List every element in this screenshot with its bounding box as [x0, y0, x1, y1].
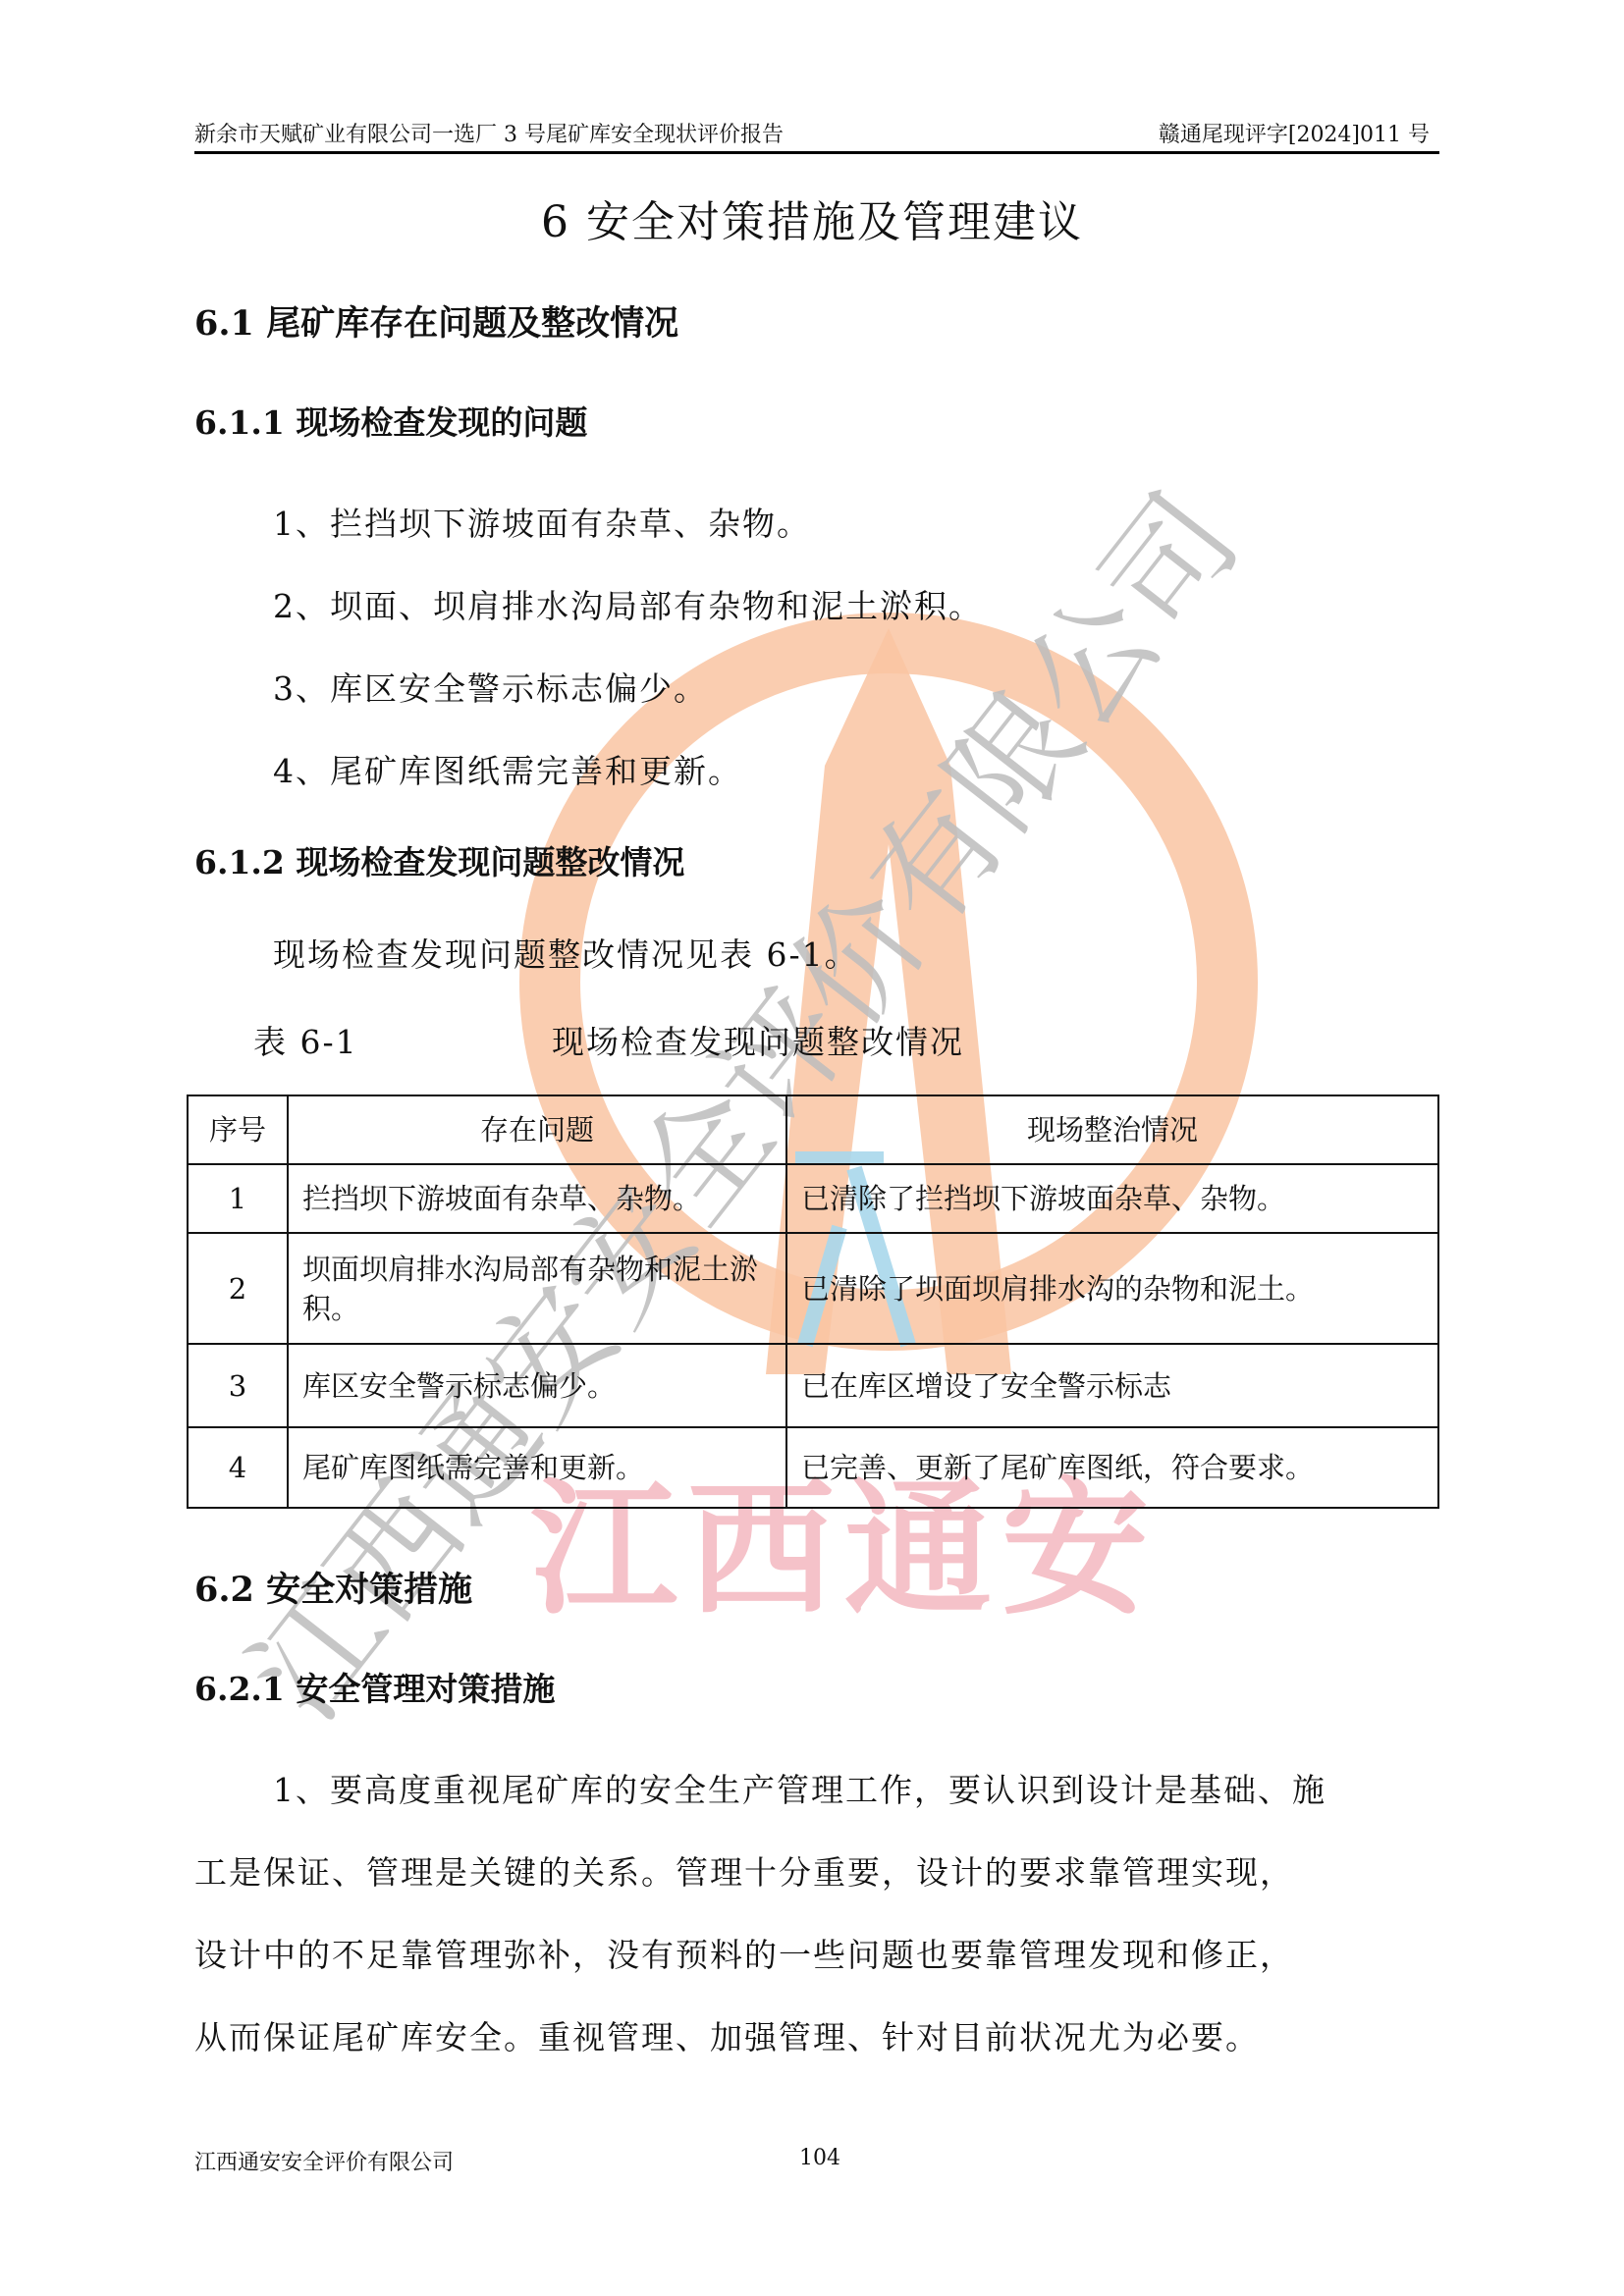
paragraph-line-1: 1、要高度重视尾矿库的安全生产管理工作，要认识到设计是基础、施 — [273, 1765, 1326, 1811]
cell-index: 2 — [188, 1233, 288, 1344]
table-header-row: 序号 存在问题 现场整治情况 — [188, 1095, 1438, 1164]
cell-issue: 库区安全警示标志偏少。 — [288, 1344, 786, 1427]
cell-status: 已清除了拦挡坝下游坡面杂草、杂物。 — [786, 1164, 1438, 1233]
table-title: 现场检查发现问题整改情况 — [552, 1017, 964, 1063]
cell-index: 4 — [188, 1427, 288, 1508]
document-page: 江西通安 江西通安安全评价有限公司 新余市天赋矿业有限公司一选厂 3 号尾矿库安… — [0, 0, 1624, 2296]
section-6-2-1-heading: 6.2.1 安全管理对策措施 — [194, 1664, 555, 1710]
col-header-status: 现场整治情况 — [786, 1095, 1438, 1164]
cell-status: 已在库区增设了安全警示标志 — [786, 1344, 1438, 1427]
report-title: 新余市天赋矿业有限公司一选厂 3 号尾矿库安全现状评价报告 — [194, 118, 784, 148]
cell-index: 1 — [188, 1164, 288, 1233]
cell-issue: 拦挡坝下游坡面有杂草、杂物。 — [288, 1164, 786, 1233]
table-row: 1 拦挡坝下游坡面有杂草、杂物。 已清除了拦挡坝下游坡面杂草、杂物。 — [188, 1164, 1438, 1233]
issue-item-3: 3、库区安全警示标志偏少。 — [273, 664, 708, 710]
section-6-1-heading: 6.1 尾矿库存在问题及整改情况 — [194, 296, 678, 346]
footer-company: 江西通安安全评价有限公司 — [194, 2146, 454, 2176]
section-6-1-2-heading: 6.1.2 现场检查发现问题整改情况 — [194, 837, 684, 883]
page-number: 104 — [799, 2146, 840, 2170]
report-number: 赣通尾现评字[2024]011 号 — [1159, 118, 1430, 148]
chapter-title: 6 安全对策措施及管理建议 — [0, 187, 1624, 249]
issue-item-4: 4、尾矿库图纸需完善和更新。 — [273, 746, 742, 792]
cell-status: 已完善、更新了尾矿库图纸，符合要求。 — [786, 1427, 1438, 1508]
cell-issue: 坝面坝肩排水沟局部有杂物和泥土淤积。 — [288, 1233, 786, 1344]
cell-issue: 尾矿库图纸需完善和更新。 — [288, 1427, 786, 1508]
paragraph-line-2: 工是保证、管理是关键的关系。管理十分重要，设计的要求靠管理实现， — [194, 1847, 1294, 1894]
col-header-index: 序号 — [188, 1095, 288, 1164]
page-header: 新余市天赋矿业有限公司一选厂 3 号尾矿库安全现状评价报告 赣通尾现评字[202… — [194, 116, 1439, 154]
table-label: 表 6-1 — [253, 1017, 358, 1063]
cell-status: 已清除了坝面坝肩排水沟的杂物和泥土。 — [786, 1233, 1438, 1344]
section-6-1-1-heading: 6.1.1 现场检查发现的问题 — [194, 398, 587, 444]
cell-index: 3 — [188, 1344, 288, 1427]
table-row: 4 尾矿库图纸需完善和更新。 已完善、更新了尾矿库图纸，符合要求。 — [188, 1427, 1438, 1508]
section-6-2-heading: 6.2 安全对策措施 — [194, 1563, 472, 1612]
paragraph-line-4: 从而保证尾矿库安全。重视管理、加强管理、针对目前状况尤为必要。 — [194, 2012, 1260, 2058]
table-reference-text: 现场检查发现问题整改情况见表 6-1。 — [273, 930, 859, 976]
rectification-table: 序号 存在问题 现场整治情况 1 拦挡坝下游坡面有杂草、杂物。 已清除了拦挡坝下… — [187, 1095, 1439, 1509]
issue-item-1: 1、拦挡坝下游坡面有杂草、杂物。 — [273, 499, 811, 545]
paragraph-line-3: 设计中的不足靠管理弥补，没有预料的一些问题也要靠管理发现和修正， — [194, 1930, 1294, 1976]
table-row: 2 坝面坝肩排水沟局部有杂物和泥土淤积。 已清除了坝面坝肩排水沟的杂物和泥土。 — [188, 1233, 1438, 1344]
table-row: 3 库区安全警示标志偏少。 已在库区增设了安全警示标志 — [188, 1344, 1438, 1427]
issue-item-2: 2、坝面、坝肩排水沟局部有杂物和泥土淤积。 — [273, 581, 983, 627]
col-header-issue: 存在问题 — [288, 1095, 786, 1164]
